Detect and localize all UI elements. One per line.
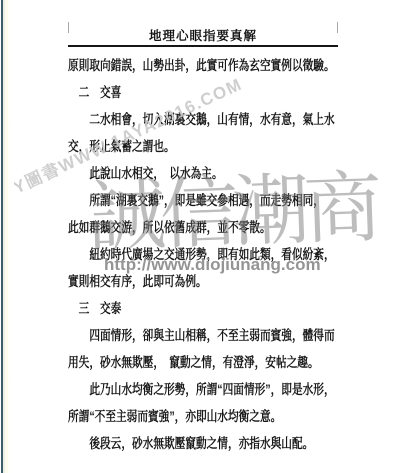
- header-rule: [68, 45, 338, 47]
- text-line: 交，形止氣蓄之謂也。: [68, 133, 341, 160]
- text-line: 所謂“湖裏交鵝”，即是雖交參相遇，而走勢相同，: [68, 187, 341, 214]
- text-line: 實則相交有序，此即可為例。: [68, 268, 341, 295]
- text-line: 四面情形，卻與主山相稱，不至主弱而賓強，體得而: [68, 322, 341, 349]
- window-left-border: [0, 0, 14, 473]
- section-heading: 三 交泰: [68, 295, 341, 322]
- text-line: 紐約時代廣場之交通形勢，即有如此類，看似紛紊，: [68, 241, 341, 268]
- text-line: 用失，砂水無欺壓， 竄動之情，有澄淨，安帖之趣。: [68, 349, 341, 376]
- page-title: 地理心眼指要真解: [68, 26, 338, 44]
- content-lines: 原則取向錯誤，山勢出卦，此實可作為玄空實例以徵驗。 二 交喜 二水相會，切入湖裏…: [68, 52, 341, 457]
- text-line: 此如群鵝交游，所以依舊成群，並不零散。: [68, 214, 341, 241]
- text-line: 所謂“不至主弱而賓強”，亦即山水均衡之意。: [68, 403, 341, 430]
- section-heading: 二 交喜: [68, 79, 341, 106]
- text-line: 此說山水相交， 以水為主。: [68, 160, 341, 187]
- text-line: 原則取向錯誤，山勢出卦，此實可作為玄空實例以徵驗。: [68, 52, 341, 79]
- text-line: 此乃山水均衡之形勢，所謂“四面情形”，即是水形，: [68, 376, 341, 403]
- text-line: 二水相會，切入湖裏交鵝，山有情，水有意，氣上水: [68, 106, 341, 133]
- scanned-document-page: 地理心眼指要真解 原則取向錯誤，山勢出卦，此實可作為玄空實例以徵驗。 二 交喜 …: [0, 0, 404, 473]
- text-line: 後段云，砂水無欺壓竄動之情，亦指水與山配。: [68, 430, 341, 457]
